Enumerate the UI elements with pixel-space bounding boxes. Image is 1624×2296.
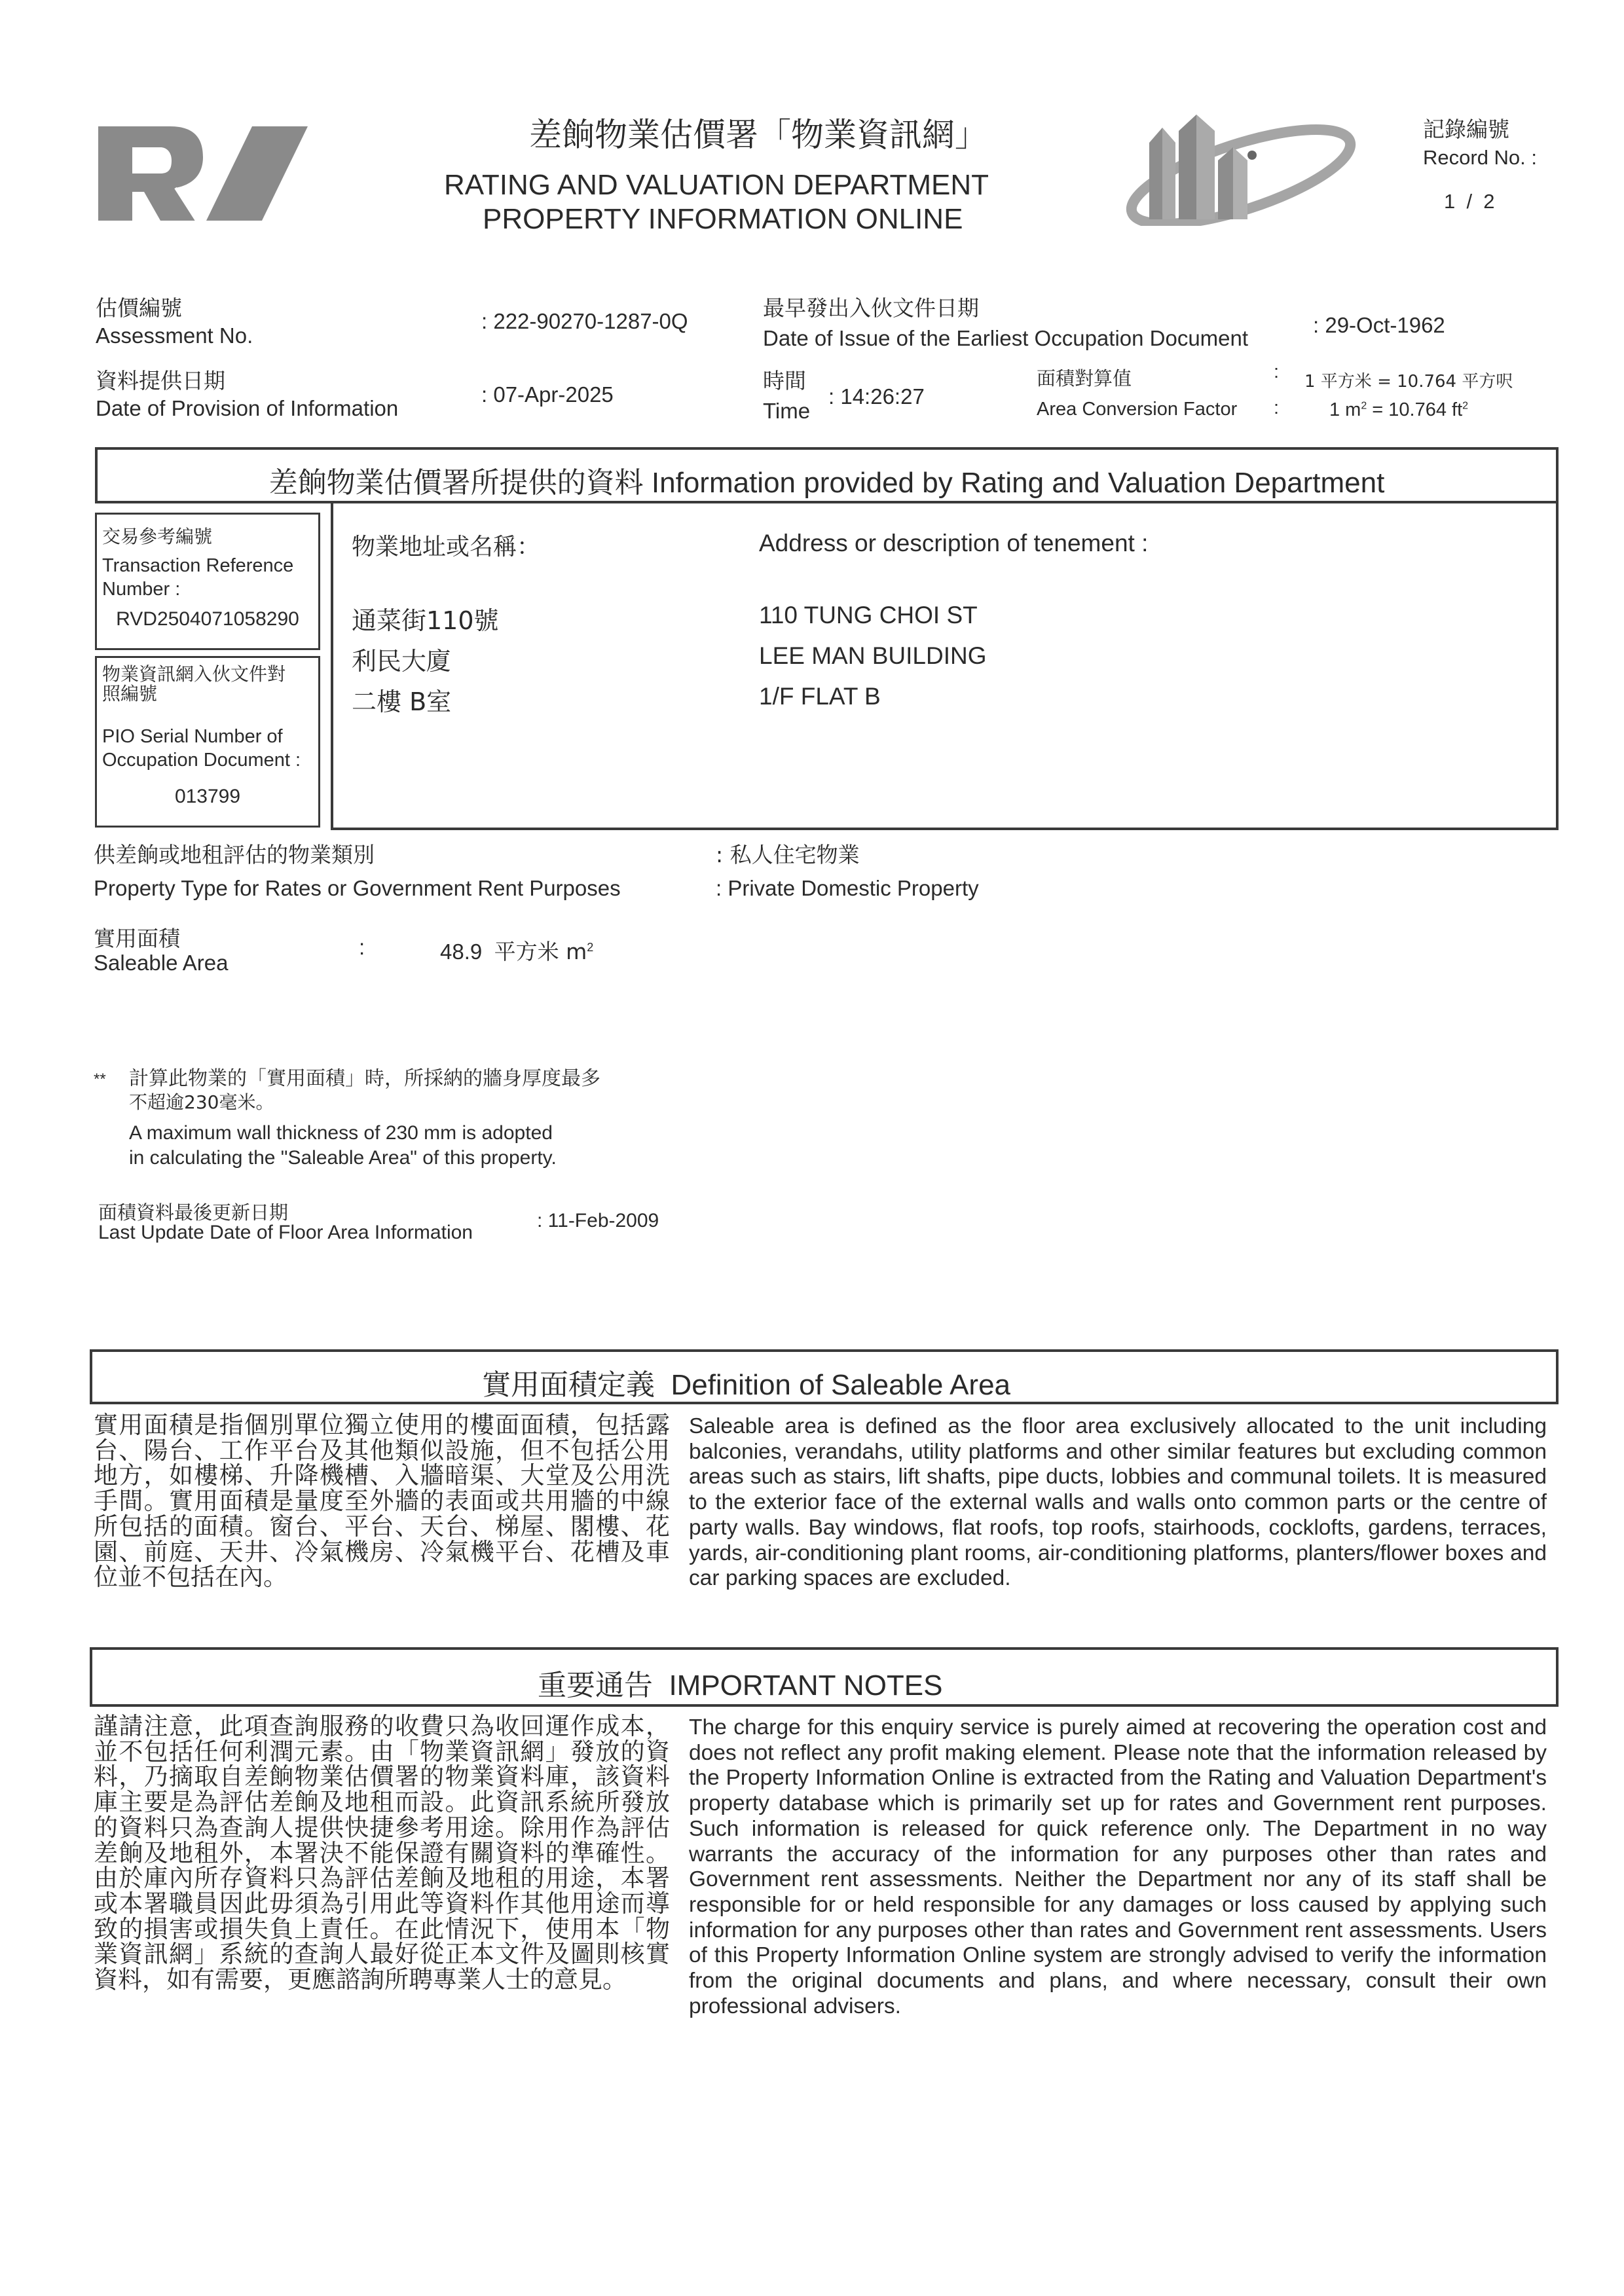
rv-logo bbox=[98, 121, 314, 226]
header-title-zh: 差餉物業估價署「物業資訊網」 bbox=[529, 109, 987, 156]
conversion-m: 1 m bbox=[1329, 399, 1361, 420]
note-en-line-1: A maximum wall thickness of 230 mm is ad… bbox=[129, 1122, 553, 1144]
address-label-en: Address or description of tenement : bbox=[759, 530, 1148, 557]
pio-value: 013799 bbox=[97, 786, 318, 808]
definition-title: 實用面積定義 Definition of Saleable Area bbox=[482, 1361, 1010, 1403]
info-banner-title: 差餉物業估價署所提供的資料 Information provided by Ra… bbox=[98, 459, 1556, 501]
occupation-value: : 29-Oct-1962 bbox=[1313, 313, 1445, 338]
important-notes-body-en: The charge for this enquiry service is p… bbox=[689, 1715, 1547, 2019]
txn-label-en: Transaction Reference Number : bbox=[102, 554, 312, 601]
buildings-logo bbox=[1123, 111, 1359, 226]
address-en-line-1: 110 TUNG CHOI ST bbox=[759, 602, 978, 629]
address-zh-line-3: 二樓 B室 bbox=[352, 682, 451, 718]
conversion-colon-zh: : bbox=[1274, 361, 1279, 383]
provision-value: : 07-Apr-2025 bbox=[481, 382, 614, 407]
occupation-label-zh: 最早發出入伙文件日期 bbox=[763, 291, 979, 322]
txn-value: RVD2504071058290 bbox=[97, 608, 318, 630]
note-zh-line-2: 不超逾230毫米。 bbox=[129, 1088, 274, 1114]
conversion-label-zh: 面積對算值 bbox=[1037, 364, 1132, 391]
property-type-value-en: : Private Domestic Property bbox=[716, 876, 979, 901]
definition-title-en: Definition of Saleable Area bbox=[671, 1369, 1010, 1401]
address-en-line-3: 1/F FLAT B bbox=[759, 683, 881, 710]
floor-update-value: : 11-Feb-2009 bbox=[537, 1210, 659, 1232]
note-en-line-2: in calculating the "Saleable Area" of th… bbox=[129, 1147, 557, 1169]
header-title-en-1: RATING AND VALUATION DEPARTMENT bbox=[444, 169, 989, 202]
property-type-label-en: Property Type for Rates or Government Re… bbox=[94, 876, 621, 901]
time-label-zh: 時間 bbox=[763, 364, 806, 395]
address-en-line-2: LEE MAN BUILDING bbox=[759, 642, 986, 670]
important-notes-body-zh: 謹請注意，此項查詢服務的收費只為收回運作成本，並不包括任何利潤元素。由「物業資訊… bbox=[94, 1714, 670, 1993]
important-notes-title: 重要通告 IMPORTANT NOTES bbox=[538, 1662, 943, 1704]
header-title-en-2: PROPERTY INFORMATION ONLINE bbox=[483, 203, 963, 236]
sup: 2 bbox=[587, 941, 593, 954]
time-label-en: Time bbox=[763, 399, 810, 424]
sup: 2 bbox=[1462, 400, 1468, 411]
assessment-value: : 222-90270-1287-0Q bbox=[481, 309, 688, 334]
provision-label-zh: 資料提供日期 bbox=[96, 364, 225, 395]
saleable-area-value: 48.9 平方米 m2 bbox=[440, 935, 593, 966]
note-zh-line-1: 計算此物業的「實用面積」時，所採納的牆身厚度最多 bbox=[129, 1062, 600, 1091]
important-notes-title-en: IMPORTANT NOTES bbox=[669, 1669, 942, 1702]
conversion-value-en: 1 m2 = 10.764 ft2 bbox=[1329, 399, 1468, 421]
conversion-ft: = 10.764 ft bbox=[1367, 399, 1462, 420]
provision-label-en: Date of Provision of Information bbox=[96, 396, 398, 421]
definition-title-zh: 實用面積定義 bbox=[482, 1368, 655, 1402]
record-value: 1 / 2 bbox=[1444, 190, 1495, 213]
saleable-area-label-en: Saleable Area bbox=[94, 951, 229, 975]
saleable-area-label-zh: 實用面積 bbox=[94, 922, 180, 953]
important-notes-header: 重要通告 IMPORTANT NOTES bbox=[90, 1647, 1559, 1707]
conversion-value-zh: 1 平方米 = 10.764 平方呎 bbox=[1304, 368, 1513, 392]
txn-label-zh: 交易參考編號 bbox=[102, 522, 212, 549]
address-zh-line-2: 利民大廈 bbox=[352, 641, 451, 677]
floor-update-label-en: Last Update Date of Floor Area Informati… bbox=[98, 1222, 473, 1244]
record-label-zh: 記錄編號 bbox=[1423, 113, 1509, 143]
note-marker: ** bbox=[94, 1070, 106, 1089]
floor-update-label-zh: 面積資料最後更新日期 bbox=[98, 1198, 288, 1225]
transaction-reference-box: 交易參考編號 Transaction Reference Number : RV… bbox=[95, 513, 320, 650]
address-box: 物業地址或名稱： Address or description of tenem… bbox=[331, 501, 1559, 830]
info-banner-title-zh: 差餉物業估價署所提供的資料 bbox=[269, 466, 644, 500]
pio-label-en: PIO Serial Number of Occupation Document… bbox=[102, 725, 318, 772]
address-label-zh: 物業地址或名稱： bbox=[352, 528, 540, 562]
info-banner: 差餉物業估價署所提供的資料 Information provided by Ra… bbox=[95, 447, 1559, 503]
sup: 2 bbox=[1361, 400, 1367, 411]
property-type-value-zh: : 私人住宅物業 bbox=[716, 838, 860, 869]
property-type-label-zh: 供差餉或地租評估的物業類別 bbox=[94, 838, 375, 869]
time-value: : 14:26:27 bbox=[828, 384, 925, 409]
important-notes-title-zh: 重要通告 bbox=[538, 1669, 653, 1702]
definition-body-zh: 實用面積是指個別單位獨立使用的樓面面積，包括露台、陽台、工作平台及其他類似設施，… bbox=[94, 1413, 670, 1590]
address-zh-line-1: 通菜街110號 bbox=[352, 600, 499, 636]
pio-serial-box: 物業資訊網入伙文件對照編號 PIO Serial Number of Occup… bbox=[95, 656, 320, 828]
saleable-area-unit: 平方米 m bbox=[494, 939, 587, 964]
assessment-label-en: Assessment No. bbox=[96, 323, 253, 348]
conversion-colon-en: : bbox=[1274, 397, 1279, 419]
record-label-en: Record No. : bbox=[1423, 146, 1537, 170]
definition-header: 實用面積定義 Definition of Saleable Area bbox=[90, 1349, 1559, 1404]
info-banner-title-en: Information provided by Rating and Valua… bbox=[652, 467, 1384, 499]
assessment-label-zh: 估價編號 bbox=[96, 291, 182, 322]
saleable-area-number: 48.9 bbox=[440, 939, 482, 964]
pio-label-zh: 物業資訊網入伙文件對照編號 bbox=[102, 665, 299, 704]
conversion-label-en: Area Conversion Factor bbox=[1037, 399, 1237, 420]
occupation-label-en: Date of Issue of the Earliest Occupation… bbox=[763, 326, 1248, 351]
definition-body-en: Saleable area is defined as the floor ar… bbox=[689, 1414, 1547, 1592]
saleable-area-colon: : bbox=[359, 935, 365, 960]
